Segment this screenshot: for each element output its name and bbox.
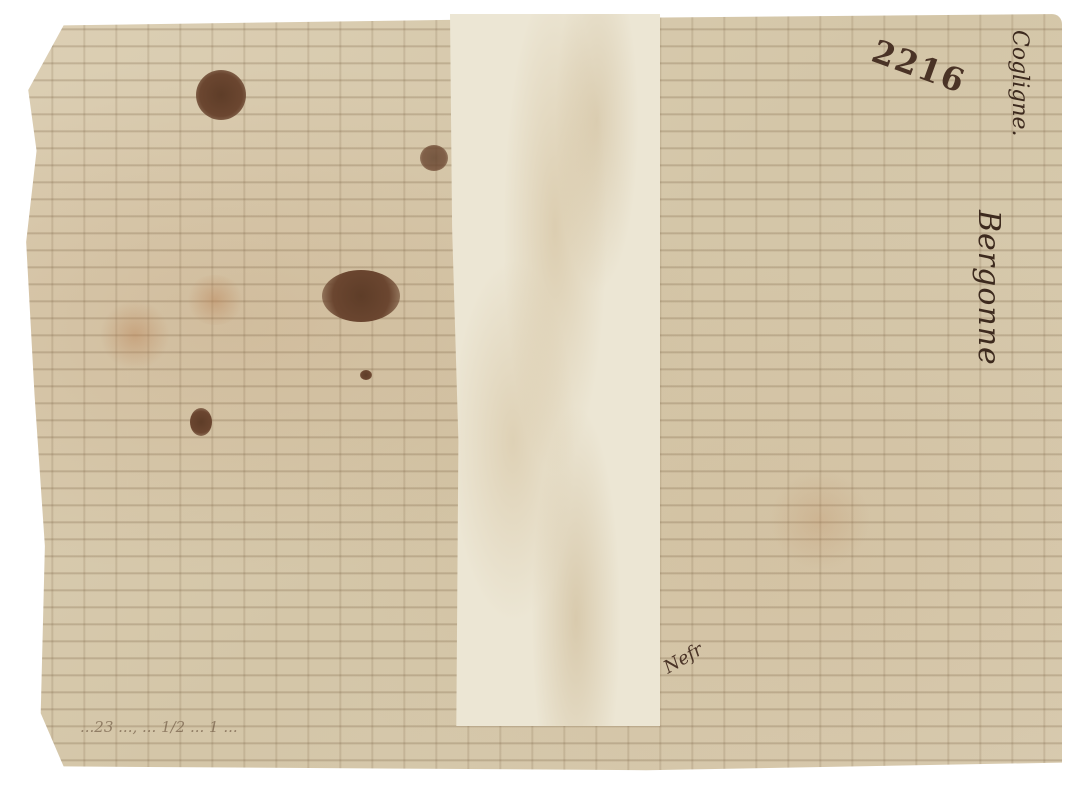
faded-bottom-text: ...23 ..., ... 1/2 ... 1 ... — [80, 718, 238, 736]
ink-stain — [190, 408, 212, 436]
faint-stain — [100, 300, 170, 370]
faint-stain — [185, 275, 245, 325]
ink-stain — [322, 270, 400, 322]
ink-stain — [360, 370, 372, 380]
glued-paper-strip — [450, 14, 660, 726]
ink-stain — [196, 70, 246, 120]
handwritten-name: Bergonne — [971, 210, 1006, 366]
ink-stain — [420, 145, 448, 171]
faint-stain — [770, 470, 870, 570]
handwritten-place: Cogligne. — [1007, 30, 1032, 137]
